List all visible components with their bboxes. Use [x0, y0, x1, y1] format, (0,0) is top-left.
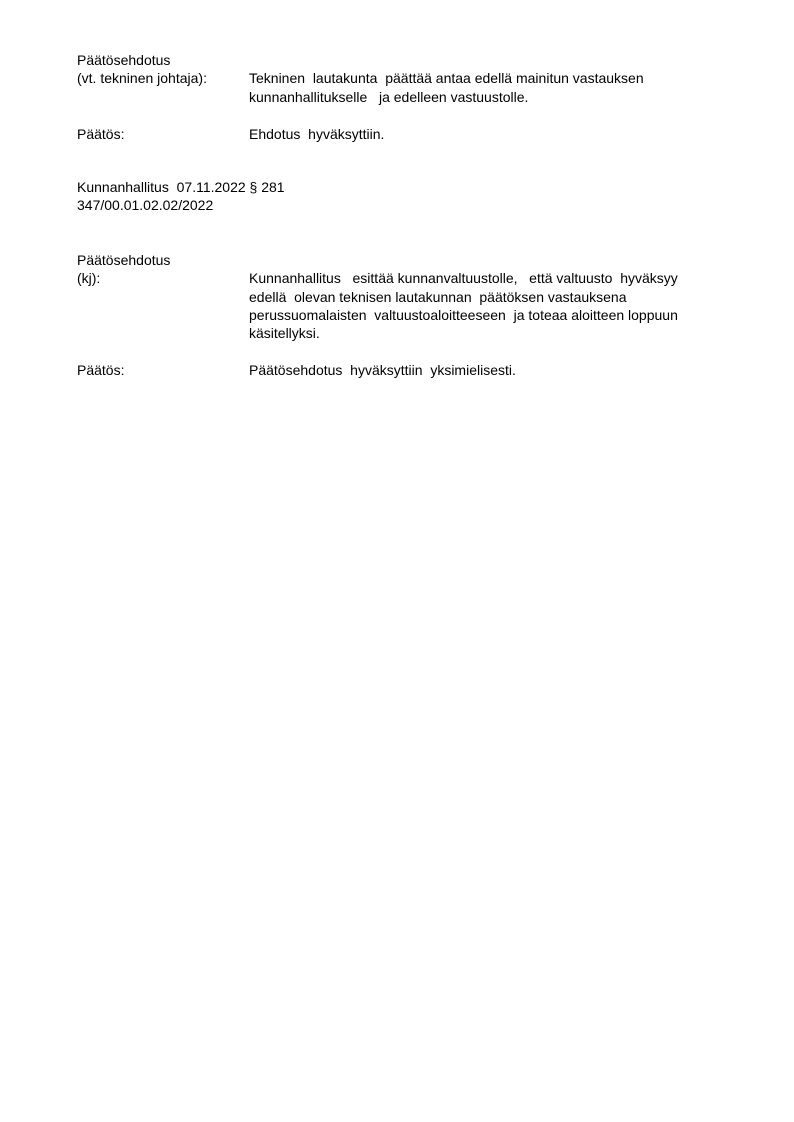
proposer-label: (vt. tekninen johtaja): — [77, 69, 207, 88]
proposal-text-line: edellä olevan teknisen lautakunnan päätö… — [249, 288, 627, 307]
proposal-text-line: Tekninen lautakunta päättää antaa edellä… — [249, 69, 644, 88]
proposer-label: (kj): — [77, 269, 100, 288]
proposal-text-line: Kunnanhallitus esittää kunnanvaltuustoll… — [249, 269, 678, 288]
proposal-heading: Päätösehdotus — [77, 251, 170, 270]
proposal-text-line: kunnanhallitukselle ja edelleen vastuust… — [249, 88, 528, 107]
proposal-heading: Päätösehdotus — [77, 51, 170, 70]
decision-text: Päätösehdotus hyväksyttiin yksimielisest… — [249, 361, 516, 380]
decision-label: Päätös: — [77, 361, 124, 380]
decision-label: Päätös: — [77, 125, 124, 144]
proposal-text-line: käsitellyksi. — [249, 324, 320, 343]
proposal-text-line: perussuomalaisten valtuustoaloitteeseen … — [249, 306, 678, 325]
decision-text: Ehdotus hyväksyttiin. — [249, 125, 384, 144]
meeting-reference: Kunnanhallitus 07.11.2022 § 281 — [77, 178, 285, 197]
record-number: 347/00.01.02.02/2022 — [77, 196, 213, 215]
